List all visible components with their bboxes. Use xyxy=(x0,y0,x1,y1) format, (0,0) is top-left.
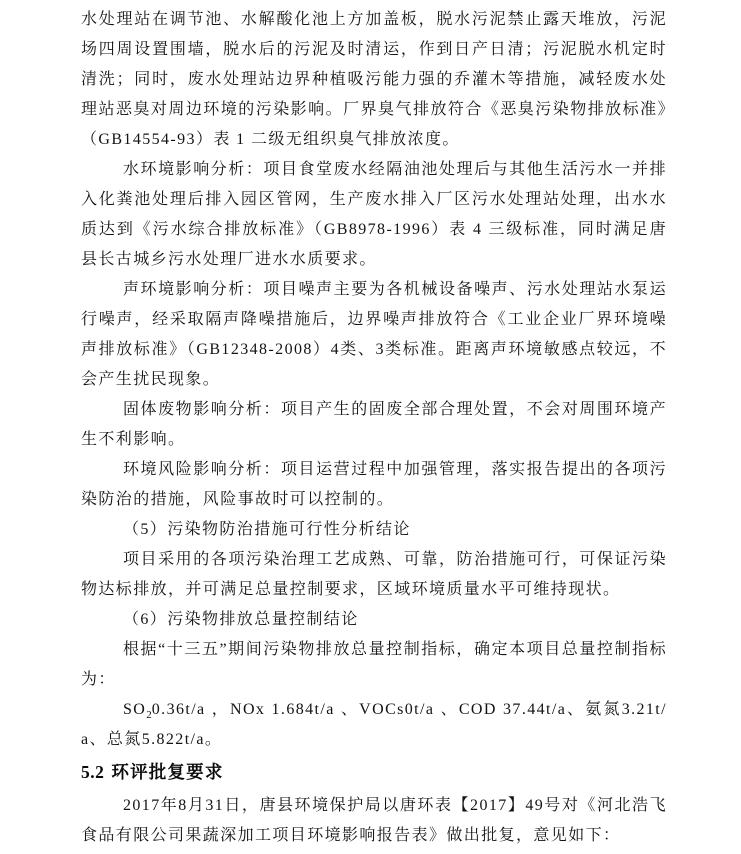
document-body: 水处理站在调节池、水解酸化池上方加盖板，脱水污泥禁止露天堆放，污泥场四周设置围墙… xyxy=(81,5,667,851)
paragraph-water-environment-analysis: 水环境影响分析：项目食堂废水经隔油池处理后与其他生活污水一并排入化粪池处理后排入… xyxy=(81,155,667,275)
paragraph-total-control-intro: 根据“十三五”期间污染物排放总量控制指标，确定本项目总量控制指标为： xyxy=(81,635,667,695)
document-page: 水处理站在调节池、水解酸化池上方加盖板，脱水污泥禁止露天堆放，污泥场四周设置围墙… xyxy=(0,0,741,854)
section-title: 环评批复要求 xyxy=(111,762,223,782)
paragraph-treatment-feasibility: 项目采用的各项污染治理工艺成熟、可靠，防治措施可行，可保证污染物达标排放，并可满… xyxy=(81,545,667,605)
paragraph-approval-intro: 2017年8月31日，唐县环境保护局以唐环表【2017】49号对《河北浩飞食品有… xyxy=(81,791,667,851)
paragraph-noise-environment-analysis: 声环境影响分析：项目噪声主要为各机械设备噪声、污水处理站水泵运行噪声，经采取隔声… xyxy=(81,275,667,395)
list-item-5-pollution-control-feasibility-conclusion: （5）污染物防治措施可行性分析结论 xyxy=(81,515,667,545)
section-heading-5-2: 5.2环评批复要求 xyxy=(81,757,667,787)
paragraph-odor-control-continuation: 水处理站在调节池、水解酸化池上方加盖板，脱水污泥禁止露天堆放，污泥场四周设置围墙… xyxy=(81,5,667,155)
paragraph-emission-values: SO20.36t/a ，NOx 1.684t/a 、VOCs0t/a 、COD … xyxy=(81,695,667,755)
section-number: 5.2 xyxy=(81,762,104,782)
emission-values-text: 0.36t/a ，NOx 1.684t/a 、VOCs0t/a 、COD 37.… xyxy=(81,701,667,748)
so2-prefix: SO xyxy=(123,701,146,718)
paragraph-solid-waste-analysis: 固体废物影响分析：项目产生的固废全部合理处置，不会对周围环境产生不利影响。 xyxy=(81,395,667,455)
list-item-6-total-emission-control-conclusion: （6）污染物排放总量控制结论 xyxy=(81,605,667,635)
paragraph-environmental-risk-analysis: 环境风险影响分析：项目运营过程中加强管理，落实报告提出的各项污染防治的措施，风险… xyxy=(81,455,667,515)
